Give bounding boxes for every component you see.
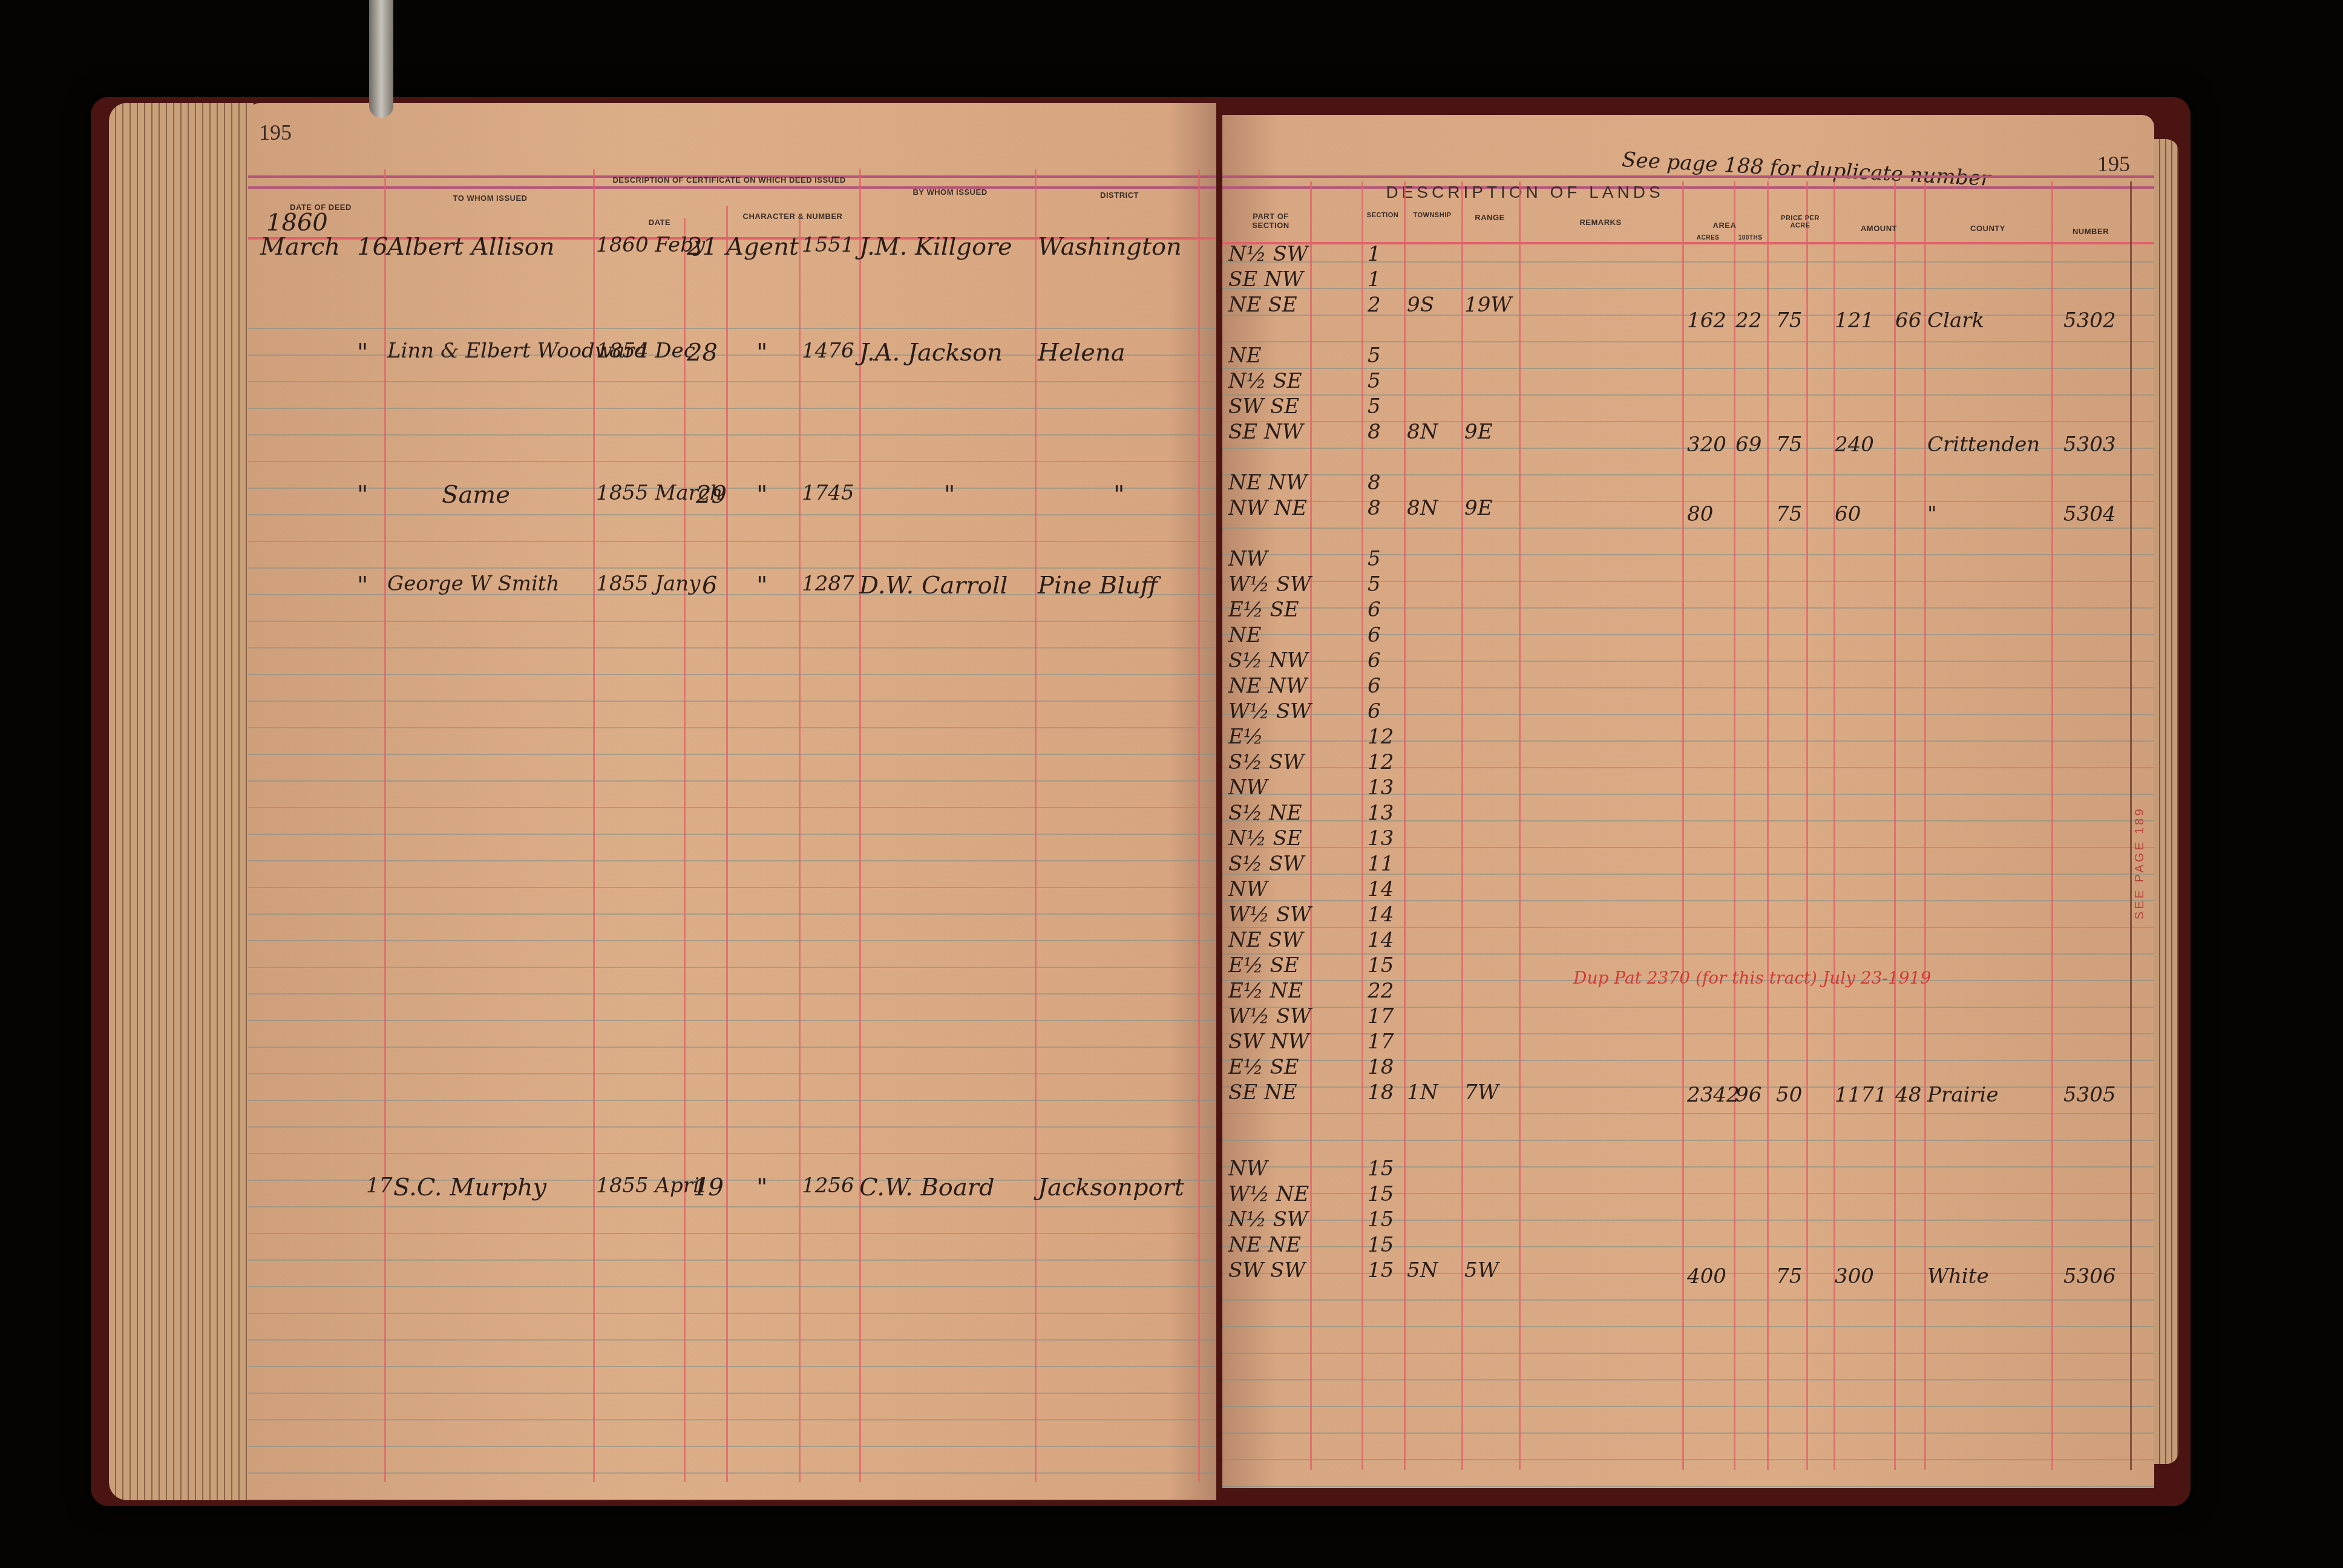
- range: 5W: [1464, 1258, 1499, 1282]
- entry-month: ": [357, 339, 368, 367]
- entry-character: ": [756, 339, 767, 367]
- col-header-cert-date: Date: [605, 218, 714, 227]
- hundredths: 96: [1735, 1083, 1761, 1107]
- entry-month: ": [357, 572, 368, 599]
- section: 22: [1368, 979, 1394, 1003]
- section: 12: [1368, 725, 1394, 749]
- entry-number: 1476: [802, 339, 854, 363]
- entry-cert-day: 19: [693, 1174, 724, 1201]
- entry-district: Pine Bluff: [1038, 572, 1158, 599]
- county: ": [1927, 502, 1937, 526]
- section: 5: [1368, 572, 1381, 596]
- right-page-number: 195: [2097, 151, 2130, 177]
- deed-number: 5302: [2063, 309, 2116, 333]
- deed-number: 5304: [2063, 502, 2116, 526]
- red-annotation: Dup Pat 2370 (for this tract) July 23-19…: [1573, 968, 1931, 988]
- deed-number: 5306: [2063, 1264, 2116, 1289]
- entry-month: March: [260, 233, 340, 261]
- entry-character: ": [756, 572, 767, 599]
- col-rule: [684, 218, 686, 1482]
- entry-cert-day: 28: [687, 339, 718, 367]
- col-header-price-per-acre: Price per Acre: [1770, 215, 1830, 229]
- amount-dollars: 240: [1835, 433, 1874, 457]
- col-rule: [1734, 181, 1735, 1470]
- entry-cert-date: 1855 April: [596, 1174, 706, 1198]
- section: 6: [1368, 623, 1381, 647]
- entry-day: 16: [357, 233, 388, 261]
- col-rule: [1924, 181, 1926, 1470]
- col-header-amount: Amount: [1837, 224, 1921, 233]
- section: 17: [1368, 1004, 1394, 1028]
- section: 17: [1368, 1030, 1394, 1054]
- col-rule: [384, 169, 386, 1482]
- part-of-section: W½ SW: [1228, 699, 1311, 724]
- section: 15: [1368, 1207, 1394, 1232]
- part-of-section: N½ SW: [1228, 242, 1308, 266]
- entry-by-whom: D.W. Carroll: [859, 572, 1008, 599]
- entry-by-whom: J.M. Killgore: [859, 233, 1012, 261]
- section: 15: [1368, 1157, 1394, 1181]
- col-rule: [1035, 169, 1037, 1482]
- entry-number: 1287: [802, 572, 854, 596]
- section: 6: [1368, 648, 1381, 673]
- col-rule: [2051, 181, 2053, 1470]
- part-of-section: NW: [1228, 776, 1268, 800]
- entry-number: 1745: [802, 481, 854, 505]
- entry-cert-date: 1854 Dec: [596, 339, 695, 363]
- entry-district: Jacksonport: [1038, 1174, 1184, 1201]
- col-header-district: District: [1053, 191, 1186, 200]
- entry-district: Washington: [1038, 233, 1182, 261]
- section: 5: [1368, 344, 1381, 368]
- entry-character: Agent: [726, 233, 799, 261]
- part-of-section: S½ SW: [1228, 750, 1304, 774]
- section: 2: [1368, 293, 1381, 317]
- section: 15: [1368, 1182, 1394, 1206]
- deed-number: 5305: [2063, 1083, 2116, 1107]
- acres: 162: [1687, 309, 1726, 333]
- col-rule: [799, 218, 801, 1482]
- amount-dollars: 1171: [1835, 1083, 1887, 1107]
- col-header-range: Range: [1463, 213, 1517, 222]
- col-header-100ths: 100ths: [1734, 235, 1767, 241]
- price-cents: 75: [1776, 309, 1802, 333]
- col-header-township: Township: [1405, 212, 1460, 219]
- part-of-section: SW SW: [1228, 1258, 1305, 1282]
- col-header-area: Area: [1685, 221, 1764, 230]
- part-of-section: E½ NE: [1228, 979, 1303, 1003]
- range: 9E: [1464, 420, 1492, 444]
- deed-number: 5303: [2063, 433, 2116, 457]
- acres: 80: [1687, 502, 1713, 526]
- township: 8N: [1407, 420, 1438, 444]
- entry-day: 17: [366, 1174, 392, 1198]
- range: 19W: [1464, 293, 1512, 317]
- part-of-section: S½ NW: [1228, 648, 1308, 673]
- entry-cert-day: 6: [702, 572, 717, 599]
- section: 11: [1368, 852, 1394, 876]
- entry-district: Helena: [1038, 339, 1126, 367]
- col-header-certificate: Description of Certificate on Which Deed…: [611, 175, 847, 185]
- part-of-section: SE NW: [1228, 420, 1303, 444]
- price-cents: 50: [1776, 1083, 1802, 1107]
- section: 5: [1368, 394, 1381, 419]
- part-of-section: NW: [1228, 1157, 1268, 1181]
- hundredths: 69: [1735, 433, 1761, 457]
- part-of-section: SE NW: [1228, 267, 1303, 292]
- page-stack-left: [109, 103, 254, 1500]
- amount-cents: 66: [1895, 309, 1921, 333]
- col-rule: [1767, 181, 1769, 1470]
- part-of-section: W½ SW: [1228, 903, 1311, 927]
- col-rule: [2130, 181, 2132, 1470]
- county: Clark: [1927, 309, 1984, 333]
- entry-name: George W Smith: [387, 572, 559, 596]
- col-header-acres: Acres: [1685, 235, 1731, 241]
- part-of-section: E½ SE: [1228, 1055, 1299, 1079]
- part-of-section: NE NE: [1228, 1233, 1301, 1257]
- section: 15: [1368, 1233, 1394, 1257]
- part-of-section: SE NE: [1228, 1080, 1297, 1105]
- entry-name: Albert Allison: [387, 233, 555, 261]
- amount-cents: 48: [1895, 1083, 1921, 1107]
- ruled-lines: [248, 302, 1216, 1500]
- entry-cert-day: 29: [696, 481, 727, 509]
- section: 18: [1368, 1055, 1394, 1079]
- col-header-character-number: Character & Number: [726, 212, 859, 221]
- section: 13: [1368, 776, 1394, 800]
- part-of-section: NW NE: [1228, 496, 1307, 520]
- entry-cert-day: 21: [687, 233, 718, 261]
- part-of-section: N½ SE: [1228, 369, 1302, 393]
- left-page-number: 195: [259, 120, 292, 145]
- col-header-part: Part of Section: [1234, 212, 1307, 230]
- section: 5: [1368, 547, 1381, 571]
- col-rule: [593, 169, 595, 1482]
- col-rule: [1806, 181, 1808, 1470]
- section: 8: [1368, 420, 1381, 444]
- section: 18: [1368, 1080, 1394, 1105]
- entry-name: Same: [442, 481, 510, 509]
- right-page: 195 See page 188 for duplicate number De…: [1222, 115, 2154, 1488]
- col-rule: [1894, 181, 1896, 1470]
- col-header-to-whom: To Whom Issued: [405, 194, 575, 203]
- section: 8: [1368, 496, 1381, 520]
- section: 14: [1368, 877, 1394, 901]
- section: 14: [1368, 928, 1394, 952]
- part-of-section: NW: [1228, 547, 1268, 571]
- margin-note: SEE PAGE 189: [2133, 806, 2147, 920]
- section: 15: [1368, 953, 1394, 978]
- col-header-remarks: Remarks: [1525, 218, 1676, 227]
- col-rule: [1404, 181, 1406, 1470]
- col-rule: [726, 206, 728, 1482]
- col-rule: [1519, 181, 1521, 1470]
- township: 8N: [1407, 496, 1438, 520]
- acres: 320: [1687, 433, 1726, 457]
- part-of-section: W½ SW: [1228, 572, 1311, 596]
- section: 13: [1368, 801, 1394, 825]
- part-of-section: W½ NE: [1228, 1182, 1309, 1206]
- col-rule: [1461, 181, 1463, 1470]
- part-of-section: NE NW: [1228, 674, 1307, 698]
- part-of-section: NE: [1228, 623, 1262, 647]
- section: 13: [1368, 826, 1394, 851]
- entry-character: ": [756, 481, 767, 509]
- amount-dollars: 60: [1835, 502, 1861, 526]
- hundredths: 22: [1735, 309, 1761, 333]
- col-header-county: County: [1927, 224, 2048, 233]
- col-rule: [1362, 181, 1363, 1470]
- township: 9S: [1407, 293, 1434, 317]
- col-rule: [1682, 181, 1684, 1470]
- amount-dollars: 121: [1835, 309, 1874, 333]
- entry-name: S.C. Murphy: [393, 1174, 546, 1201]
- amount-dollars: 300: [1835, 1264, 1874, 1289]
- col-rule: [1198, 169, 1200, 1482]
- entry-number: 1551: [802, 233, 854, 257]
- price-cents: 75: [1776, 1264, 1802, 1289]
- part-of-section: NE SE: [1228, 293, 1297, 317]
- acres: 2342: [1687, 1083, 1740, 1107]
- entry-district: ": [1113, 481, 1124, 509]
- section: 15: [1368, 1258, 1394, 1282]
- part-of-section: NE SW: [1228, 928, 1303, 952]
- section: 5: [1368, 369, 1381, 393]
- county: Crittenden: [1927, 433, 2040, 457]
- entry-number: 1256: [802, 1174, 854, 1198]
- part-of-section: NW: [1228, 877, 1268, 901]
- section: 6: [1368, 699, 1381, 724]
- part-of-section: S½ SW: [1228, 852, 1304, 876]
- section-title: Description of Lands: [1343, 183, 1706, 202]
- entry-cert-date: 1855 Jany: [596, 572, 700, 596]
- county: White: [1927, 1264, 1989, 1289]
- part-of-section: E½: [1228, 725, 1263, 749]
- section: 14: [1368, 903, 1394, 927]
- part-of-section: NE: [1228, 344, 1262, 368]
- part-of-section: W½ SW: [1228, 1004, 1311, 1028]
- part-of-section: N½ SE: [1228, 826, 1302, 851]
- township: 5N: [1407, 1258, 1438, 1282]
- page-clip: [369, 0, 393, 118]
- township: 1N: [1407, 1080, 1438, 1105]
- section: 1: [1368, 267, 1381, 292]
- col-header-number: Number: [2054, 227, 2127, 236]
- entry-character: ": [756, 1174, 767, 1201]
- section: 1: [1368, 242, 1381, 266]
- range: 9E: [1464, 496, 1492, 520]
- acres: 400: [1687, 1264, 1726, 1289]
- part-of-section: E½ SE: [1228, 953, 1299, 978]
- part-of-section: NE NW: [1228, 471, 1307, 495]
- col-rule: [1310, 181, 1312, 1470]
- section: 6: [1368, 598, 1381, 622]
- section: 12: [1368, 750, 1394, 774]
- col-header-section: Section: [1363, 212, 1403, 219]
- county: Prairie: [1927, 1083, 1999, 1107]
- price-cents: 75: [1776, 502, 1802, 526]
- part-of-section: SW SE: [1228, 394, 1299, 419]
- range: 7W: [1464, 1080, 1499, 1105]
- part-of-section: S½ NE: [1228, 801, 1302, 825]
- left-page: 195 Date of Deed To Whom Issued Descript…: [248, 103, 1216, 1500]
- col-header-by-whom: By Whom Issued: [877, 188, 1023, 197]
- part-of-section: N½ SW: [1228, 1207, 1308, 1232]
- section: 6: [1368, 674, 1381, 698]
- entry-by-whom: J.A. Jackson: [859, 339, 1003, 367]
- section: 8: [1368, 471, 1381, 495]
- price-cents: 75: [1776, 433, 1802, 457]
- part-of-section: SW NW: [1228, 1030, 1309, 1054]
- entry-by-whom: ": [944, 481, 955, 509]
- entry-by-whom: C.W. Board: [859, 1174, 995, 1201]
- entry-month: ": [357, 481, 368, 509]
- part-of-section: E½ SE: [1228, 598, 1299, 622]
